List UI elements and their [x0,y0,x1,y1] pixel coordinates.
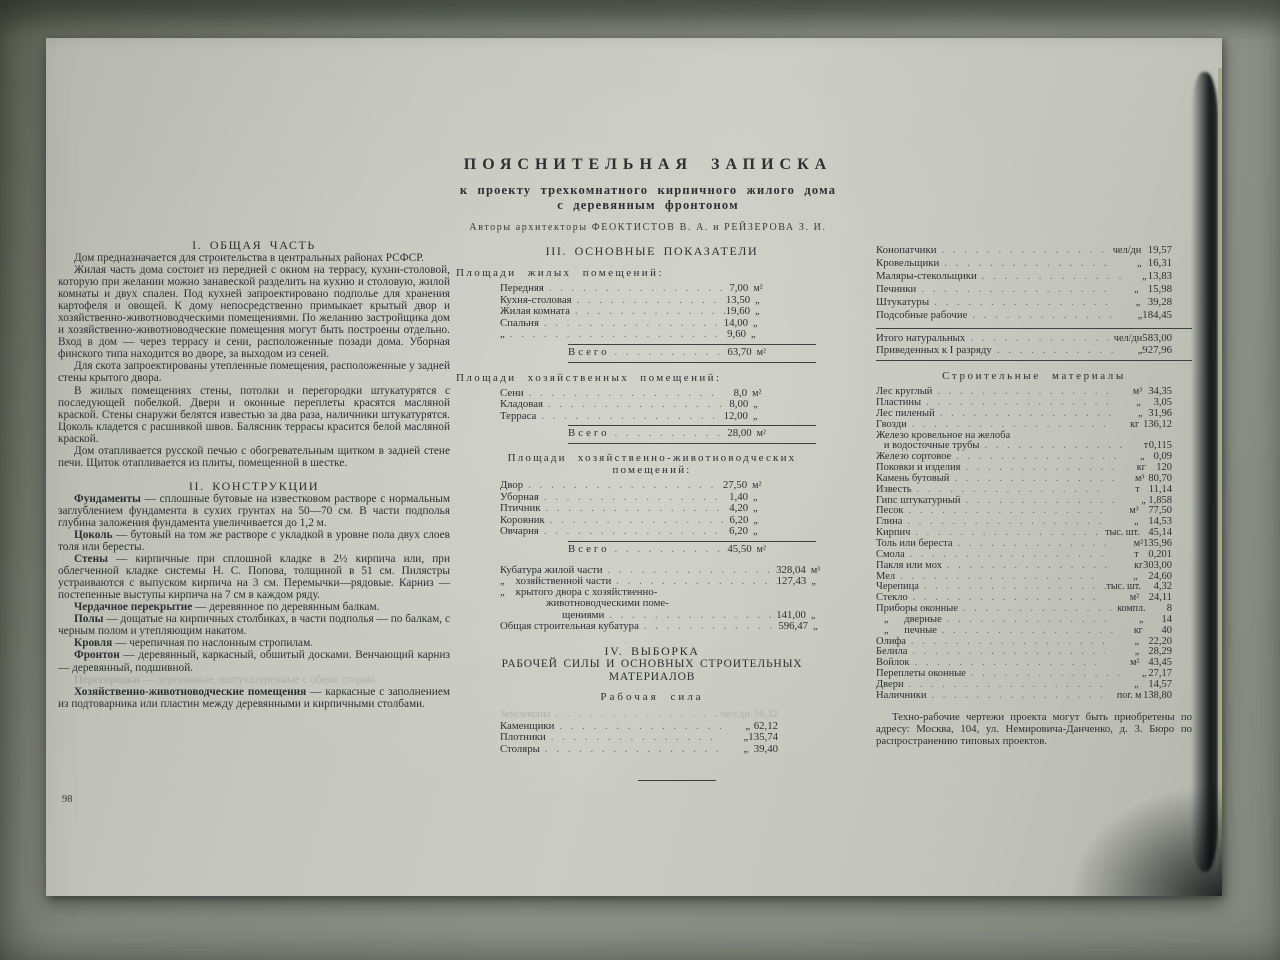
construction-text: — бутовый на том же растворе с укладкой … [58,529,450,553]
total-unit: м² [752,347,766,359]
dot-leader [904,506,1105,517]
dot-leader [992,345,1121,357]
dot-leader [949,474,1115,485]
row-label: „ печные [876,626,937,637]
row-label: Овчарня [500,526,539,538]
total-row: Итого натуральныхчел/дн583,00 [876,333,1172,345]
row-value: 927,96 [1142,345,1172,357]
table-row: Камень бутовыйм³80,70 [876,474,1172,485]
row-value: 15,98 [1139,283,1172,295]
paragraph: Дом предназначается для строительства в … [58,252,450,264]
construction-item: Полы — дощатые на кирпичных столбиках, в… [58,613,450,637]
page-title: ПОЯСНИТЕЛЬНАЯ ЗАПИСКА [368,156,928,174]
dot-leader [603,565,777,576]
dot-leader [609,544,727,556]
row-label: Общая строительная кубатура [500,621,639,632]
total-row: Приведенных к I разряду„927,96 [876,345,1172,357]
row-unit: м² [1106,658,1140,669]
dot-leader [539,318,723,330]
construction-text: — деревянные, оштукатуренные с обеих сто… [143,674,377,686]
section-heading-general: I. ОБЩАЯ ЧАСТЬ [58,238,450,252]
row-unit: „ [750,306,766,318]
dot-leader [611,576,776,587]
row-unit: „ [1120,345,1142,357]
dot-leader [960,463,1118,474]
row-label: Конопатчики [876,244,936,256]
dot-leader [977,270,1122,282]
table-row: животноводческими поме- [500,598,822,609]
row-value: 7,00 [724,283,748,295]
dot-leader [902,517,1103,528]
document-header: ПОЯСНИТЕЛЬНАЯ ЗАПИСКА к проекту трехкомн… [368,156,928,233]
row-value: 127,43 [777,576,807,587]
dot-leader [536,411,722,423]
row-unit: „ [748,399,766,411]
column-indicators: III. ОСНОВНЫЕ ПОКАЗАТЕЛИ Площади жилых п… [456,244,848,781]
construction-item: Хозяйственно-животноводческие помещения … [58,686,450,710]
table-row: Наличникипог. м138,80 [876,691,1172,702]
livestock-areas-title-line1: Площади хозяйственно-животноводческих [456,452,848,464]
row-value: 16,31 [1142,257,1172,269]
table-row: Подсобные рабочие„184,45 [876,309,1172,322]
table-row: Песокм³77,50 [876,506,1172,517]
construction-term: Кровля [74,637,112,649]
row-unit: чел/дн [1114,333,1143,345]
table-row: Смолат0,201 [876,550,1172,561]
dot-leader [967,309,1117,321]
general-paragraphs: Дом предназначается для строительства в … [58,252,450,469]
table-row: Кирпичтыс. шт.45,14 [876,528,1172,539]
row-label: Кладовая [500,399,543,411]
dot-leader [545,515,724,527]
table-row: „9,60„ [500,329,766,341]
total-label: Всего [568,347,609,359]
table-row: Передняя7,00м² [500,283,766,295]
row-label: Подсобные рабочие [876,309,967,321]
dot-leader [916,283,1106,295]
dot-leader [939,257,1112,269]
table-row: Пластины„3,05 [876,398,1172,409]
total-unit: м² [752,428,766,440]
dot-leader [657,587,745,598]
table-row: „ печныекг40 [876,626,1172,637]
row-value: 19,57 [1141,244,1172,256]
paragraph-text: Жилая часть дома состоит из передней с о… [58,264,450,360]
row-unit: „ [746,329,766,341]
total-row: Всего45,50м² [568,544,766,556]
constructions-list: Фундаменты — сплошные бутовые на известк… [58,493,450,710]
dot-leader [524,388,721,400]
construction-text: — черепичная по наслонным стропилам. [115,637,313,649]
dot-leader [669,598,745,609]
row-label: Штукатуры [876,296,929,308]
row-value: 56,32 [750,709,778,721]
row-value: 40 [1143,626,1172,637]
construction-item: Цоколь — бутовый на том же растворе с ук… [58,529,450,553]
row-unit: „ [1120,669,1147,680]
row-unit: „ [748,515,766,527]
workforce-title: Рабочая сила [456,691,848,703]
table-row: Черепицатыс. шт.4,32 [876,582,1172,593]
table-row: Олифа„22,20 [876,637,1172,648]
dot-leader [961,496,1119,507]
household-areas-table: Сени8,0м²Кладовая8,00„Терраса12,00„ [456,388,766,423]
living-areas-table: Передняя7,00м²Кухня-столовая13,50„Жилая … [456,283,766,341]
construction-term: Цоколь [74,529,113,541]
construction-term: Хозяйственно-животноводческие помещения [74,686,306,698]
divider [568,344,816,345]
table-row: Конопатчикичел/дн19,57 [876,244,1172,257]
total-unit: м² [752,544,766,556]
livestock-areas-table: Двор27,50м²Уборная1,40„Птичник4,20„Коров… [456,480,766,538]
row-value: 13,83 [1147,270,1173,282]
page-number: 98 [62,794,73,805]
dot-leader [910,528,1105,539]
dot-leader [907,420,1105,431]
paragraph-text: Для скота запроектированы утепленные пом… [58,360,450,384]
page-edge-highlight [1218,68,1222,876]
dot-leader [539,526,723,538]
dot-leader [942,561,1114,572]
row-unit: „ [806,576,822,587]
row-value: 6,20 [723,526,748,538]
row-unit: „ [1117,310,1142,322]
total-label: Всего [568,428,609,440]
dot-leader [554,721,724,733]
dot-leader [895,572,1102,583]
row-unit: м² [747,388,766,400]
row-unit: кг [1105,420,1139,431]
row-unit: „ [1106,284,1138,296]
dot-leader [543,399,724,411]
construction-term: Фронтон [74,649,120,661]
section-heading-indicators: III. ОСНОВНЫЕ ПОКАЗАТЕЛИ [456,244,848,258]
row-value: 9,60 [717,329,746,341]
row-value: 583,00 [1142,333,1172,345]
dot-leader [544,283,724,295]
table-row: Маляры-стекольщики„13,83 [876,270,1172,283]
table-row: Столяры„39,40 [500,744,778,756]
row-label: Передняя [500,283,544,295]
row-unit: „ [748,318,766,330]
row-label: Печники [876,283,916,295]
construction-item: Чердачное перекрытие — деревянное по дер… [58,601,450,613]
row-label: Известь [876,485,912,496]
construction-item: Фундаменты — сплошные бутовые на известк… [58,493,450,529]
dot-leader [966,669,1120,680]
table-row: Известьт11,14 [876,485,1172,496]
table-row: Двор27,50м² [500,480,766,492]
table-row: Сени8,0м² [500,388,766,400]
dot-leader [909,658,1105,669]
row-value: 596,47 [778,621,808,632]
scanned-page: ПОЯСНИТЕЛЬНАЯ ЗАПИСКА к проекту трехкомн… [46,38,1222,896]
dot-leader [572,295,726,307]
row-label: Наличники [876,691,926,702]
section-heading-selection: IV. ВЫБОРКА [456,644,848,658]
dot-leader [951,452,1116,463]
dot-leader [919,582,1107,593]
row-value: 184,45 [1142,309,1172,321]
row-label: Гвозди [876,420,907,431]
dot-leader [937,626,1113,637]
row-label: Спальня [500,318,539,330]
dot-leader [905,550,1105,561]
dot-leader [942,615,1114,626]
table-row: Гвоздикг136,12 [876,420,1172,431]
column-general: I. ОБЩАЯ ЧАСТЬ Дом предназначается для с… [58,238,450,710]
table-row: Лес пиленый„31,96 [876,409,1172,420]
dot-leader [639,621,778,632]
row-value: 136,12 [1139,420,1172,431]
dot-leader [505,329,718,341]
total-value: 63,70 [727,347,751,359]
table-row: Общая строительная кубатура596,47„ [500,621,822,632]
authors-line: Авторы архитекторы ФЕОКТИСТОВ В. А. и РЕ… [368,222,928,233]
table-row: Переплеты оконные„27,17 [876,669,1172,680]
workforce-totals-table: Итого натуральныхчел/дн583,00Приведенных… [876,333,1172,356]
dot-leader [979,441,1123,452]
end-divider [638,780,716,781]
divider [568,362,816,363]
row-value: 27,50 [721,480,748,492]
dot-leader [523,480,720,492]
column-materials: Конопатчикичел/дн19,57Кровельщики„16,31М… [876,244,1192,758]
dot-leader [541,503,724,515]
table-row: Кровельщики„16,31 [876,257,1172,270]
document-subtitle-line1: к проекту трехкомнатного кирпичного жило… [368,183,928,198]
paragraph: Дом отапливается русской печью с обогрев… [58,445,450,469]
table-row: Плотники„135,74 [500,732,778,744]
table-row: Гипс штукатурный„1,858 [876,496,1172,507]
divider [876,328,1192,329]
table-row: Уборная1,40„ [500,492,766,504]
row-label: Терраса [500,411,536,423]
table-row: Войлокм²43,45 [876,658,1172,669]
divider [876,360,1192,361]
corner-shadow [1072,786,1222,896]
dot-leader [540,744,721,756]
table-row: Птичник4,20„ [500,503,766,515]
paragraph: Жилая часть дома состоит из передней с о… [58,264,450,360]
livestock-areas-title-line2: помещений: [456,464,848,476]
row-unit: м³ [1116,474,1145,485]
paragraph-text: Дом отапливается русской печью с обогрев… [58,445,450,469]
row-unit: „ [748,411,766,423]
row-unit: м³ [806,565,822,576]
row-unit: чел/дн [1111,245,1141,257]
row-value: 4,20 [723,503,748,515]
construction-text: — кирпичные при сплошной кладке в 2½ кир… [58,553,450,601]
workforce-table: Землекопычел/дн56,32Каменщики„62,12Плотн… [456,709,778,755]
dot-leader [935,409,1112,420]
row-unit: „ [806,610,822,621]
row-unit: м² [747,480,766,492]
construction-term: Стены [74,553,108,565]
dot-leader [906,637,1105,648]
table-row: Овчарня6,20„ [500,526,766,538]
construction-text: — дощатые на кирпичных столбиках, в част… [58,613,450,637]
row-label: Кровельщики [876,257,939,269]
paragraph-text: В жилых помещениях стены, потолки и пере… [58,385,450,445]
row-label: Приведенных к I разряду [876,345,992,357]
dot-leader [609,347,727,359]
table-row: Белила„28,29 [876,647,1172,658]
dot-leader [958,604,1117,615]
dot-leader [907,647,1105,658]
materials-title: Строительные материалы [876,370,1192,382]
row-unit: т [1106,485,1140,496]
dot-leader [1010,431,1058,442]
paragraph: В жилых помещениях стены, потолки и пере… [58,385,450,445]
row-value: 138,80 [1142,691,1173,702]
row-value: 11,14 [1140,485,1172,496]
total-label: Всего [568,544,609,556]
row-unit: „ [1112,258,1141,270]
dot-leader [912,485,1107,496]
total-row: Всего28,00м² [568,428,766,440]
row-label: Пакля или мох [876,561,942,572]
dot-leader [932,387,1111,398]
row-value: 8,00 [724,399,748,411]
row-unit: „ [1105,637,1139,648]
row-unit: „ [1122,271,1147,283]
construction-term: Чердачное перекрытие [74,601,192,613]
dot-leader [921,398,1109,409]
divider [568,443,816,444]
total-value: 28,00 [727,428,751,440]
dot-leader [904,680,1105,691]
row-value: 12,00 [723,411,748,423]
construction-item: Стены — кирпичные при сплошной кладке в … [58,553,450,601]
construction-term: Перегородки [74,674,140,686]
table-row: Печники„15,98 [876,283,1172,296]
table-row: Терраса12,00„ [500,411,766,423]
table-row: Спальня14,00„ [500,318,766,330]
section-heading-constructions: II. КОНСТРУКЦИИ [58,479,450,493]
dot-leader [570,306,726,318]
dot-leader [539,492,723,504]
divider [568,541,816,542]
row-unit: кг [1114,561,1144,572]
paragraph: Для скота запроектированы утепленные пом… [58,360,450,384]
household-areas-title: Площади хозяйственных помещений: [456,372,848,384]
purchase-address-note: Техно-рабочие чертежи проекта могут быть… [876,711,1192,747]
dot-leader [604,610,776,621]
row-value: 39,28 [1140,296,1172,308]
dot-leader [550,709,720,721]
dot-leader [936,244,1111,256]
total-row: Всего63,70м² [568,347,766,359]
row-unit: чел/дн [720,709,750,721]
row-label: Двор [500,480,523,492]
dot-leader [965,333,1113,345]
row-unit: „ [748,526,766,538]
table-row: Пакля или мохкг303,00 [876,561,1172,572]
document-subtitle-line2: с деревянным фронтоном [368,198,928,213]
construction-term: Полы [74,613,103,625]
row-unit: „ [1109,398,1141,409]
workforce-right-table: Конопатчикичел/дн19,57Кровельщики„16,31М… [876,244,1172,322]
row-value: 39,40 [748,744,778,756]
construction-term: Фундаменты [74,493,141,505]
row-label: Птичник [500,503,541,515]
materials-table: Лес круглыйм³34,35Пластины„3,05Лес пилен… [876,387,1172,701]
scanner-shadow-band [1191,72,1218,872]
dot-leader [546,732,722,744]
table-row: Толь или берестам²135,96 [876,539,1172,550]
dot-leader [929,296,1110,308]
table-row: Землекопычел/дн56,32 [500,709,778,721]
dot-leader [908,593,1105,604]
row-unit: „ [721,744,749,756]
row-unit: „ [748,503,766,515]
construction-item: Кровля — черепичная по наслонным стропил… [58,637,450,649]
row-unit: кг [1113,626,1143,637]
construction-text: — деревянное по деревянным балкам. [195,601,379,613]
row-unit: м² [748,283,766,295]
table-row: Коровник6,20„ [500,515,766,527]
paragraph-text: Дом предназначается для строительства в … [74,252,424,264]
dot-leader [926,691,1109,702]
divider [568,425,816,426]
row-label: животноводческими поме- [500,598,669,609]
dot-leader [609,428,727,440]
living-areas-title: Площади жилых помещений: [456,267,848,279]
row-unit: „ [750,295,766,307]
row-unit: „ [748,492,766,504]
table-row: Штукатуры„39,28 [876,296,1172,309]
row-label: Маляры-стекольщики [876,270,977,282]
row-value: 303,00 [1143,561,1172,572]
row-label: Столяры [500,744,540,756]
row-unit: „ [808,621,822,632]
dot-leader [953,539,1116,550]
table-row: Кладовая8,00„ [500,399,766,411]
total-value: 45,50 [727,544,751,556]
row-unit: пог. м [1110,691,1142,702]
construction-item: Фронтон — деревянный, каркасный, обшитый… [58,649,450,673]
row-label: Итого натуральных [876,333,965,345]
construction-item: Перегородки — деревянные, оштукатуренные… [58,674,450,686]
row-unit: „ [1110,297,1141,309]
cubature-table: Кубатура жилой части328,04м³„ хозяйствен… [456,565,822,633]
section-heading-selection-line2: РАБОЧЕЙ СИЛЫ И ОСНОВНЫХ СТРОИТЕЛЬНЫХ МАТ… [456,658,848,684]
row-label: Землекопы [500,709,550,721]
